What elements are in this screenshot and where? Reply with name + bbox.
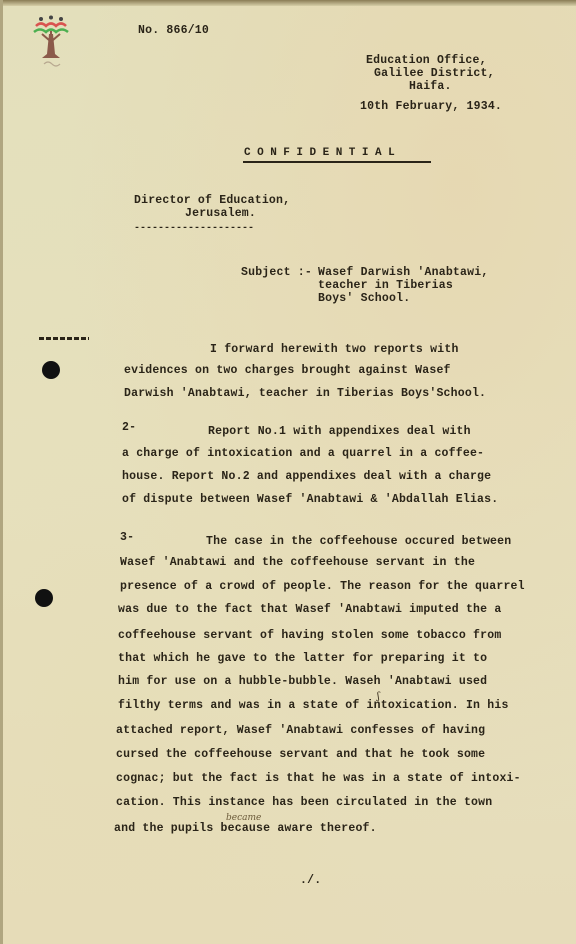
handwritten-f-mark: ʃ — [377, 691, 380, 702]
reference-number: No. 866/10 — [138, 24, 209, 37]
para2-number: 2- — [122, 421, 136, 434]
tree-logo-icon — [30, 14, 72, 72]
addressee-line-2: Jerusalem. — [185, 207, 256, 220]
para2-line-4: of dispute between Wasef 'Anabtawi & 'Ab… — [122, 493, 498, 506]
para3-line-5: coffeehouse servant of having stolen som… — [118, 629, 501, 642]
para3-line-2: Wasef 'Anabtawi and the coffeehouse serv… — [120, 556, 475, 569]
para3-number: 3- — [120, 531, 134, 544]
page-top-edge — [0, 0, 576, 6]
para3-line-10: cursed the coffeehouse servant and that … — [116, 748, 485, 761]
para2-line-1: Report No.1 with appendixes deal with — [208, 425, 471, 438]
subject-line-3: Boys' School. — [318, 292, 410, 305]
para2-line-3: house. Report No.2 and appendixes deal w… — [122, 470, 491, 483]
office-line-3: Haifa. — [409, 80, 452, 93]
addressee-line-1: Director of Education, — [134, 194, 290, 207]
para3-line-3: presence of a crowd of people. The reaso… — [120, 580, 525, 593]
subject-line-1: Wasef Darwish 'Anabtawi, — [318, 266, 488, 279]
office-line-2: Galilee District, — [374, 67, 495, 80]
office-line-1: Education Office, — [366, 54, 487, 67]
continuation-mark: ./. — [300, 874, 321, 887]
para3-line-6: that which he gave to the latter for pre… — [118, 652, 487, 665]
letter-date: 10th February, 1934. — [360, 100, 502, 113]
para3-line-11: cognac; but the fact is that he was in a… — [116, 772, 521, 785]
para1-line-2: evidences on two charges brought against… — [124, 364, 451, 377]
para3-line-7: him for use on a hubble-bubble. Waseh 'A… — [118, 675, 487, 688]
subject-label: Subject :- — [241, 266, 312, 279]
para3-line-1: The case in the coffeehouse occured betw… — [206, 535, 511, 548]
para3-line-4: was due to the fact that Wasef 'Anabtawi… — [118, 603, 501, 616]
para2-line-2: a charge of intoxication and a quarrel i… — [122, 447, 484, 460]
para3-line-13: and the pupils because aware thereof. — [114, 822, 377, 835]
addressee-rule: -------------------- — [134, 223, 254, 234]
para3-line-8: filthy terms and was in a state of intox… — [118, 699, 509, 712]
subject-line-2: teacher in Tiberias — [318, 279, 453, 292]
punch-hole-top — [42, 361, 60, 379]
confidential-heading: CONFIDENTIAL — [244, 147, 401, 159]
para3-line-12: cation. This instance has been circulate… — [116, 796, 492, 809]
confidential-underline — [243, 161, 431, 163]
handwritten-correction: became — [226, 813, 261, 823]
punch-hole-bottom — [35, 589, 53, 607]
document-page: No. 866/10 Education Office, Galilee Dis… — [0, 0, 576, 944]
para1-line-3: Darwish 'Anabtawi, teacher in Tiberias B… — [124, 387, 486, 400]
para1-line-1: I forward herewith two reports with — [210, 343, 459, 356]
para3-line-9: attached report, Wasef 'Anabtawi confess… — [116, 724, 485, 737]
page-left-edge — [0, 0, 3, 944]
margin-dash-mark — [39, 337, 89, 340]
